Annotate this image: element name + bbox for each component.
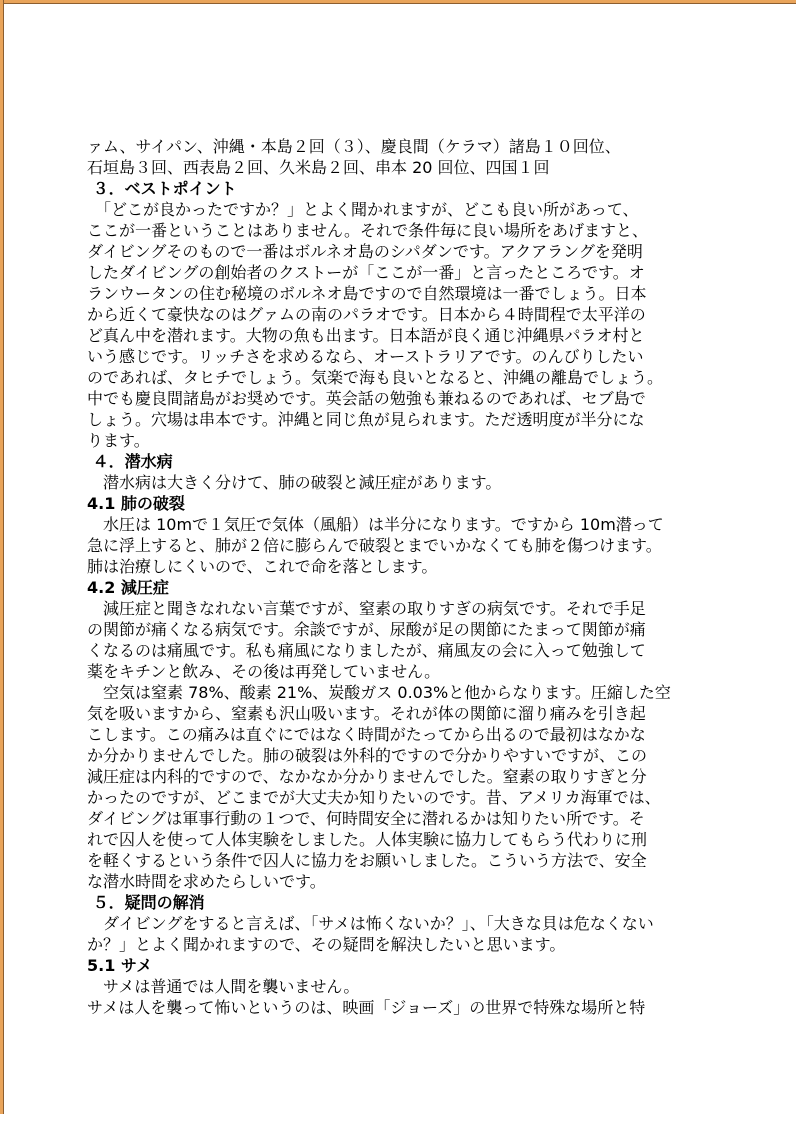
text-line: か？」とよく聞かれますので、その疑問を解決したいと思います。 [87, 934, 737, 955]
text-line: 減圧症と聞きなれない言葉ですが、窒素の取りすぎの病気です。それで手足 [87, 598, 737, 619]
text-line: 急に浮上すると、肺が２倍に膨らんで破裂とまでいかなくても肺を傷つけます。 [87, 535, 737, 556]
text-line: サメは普通では人間を襲いません。 [87, 976, 737, 997]
text-line: ダイビングをすると言えば、「サメは怖くないか？」、「大きな貝は危なくない [87, 913, 737, 934]
section-heading: 5.1 サメ [87, 955, 737, 976]
text-line: ダイビングは軍事行動の１つで、何時間安全に潜れるかは知りたい所です。そ [87, 808, 737, 829]
text-line: かったのですが、どこまでが大丈夫か知りたいのです。昔、アメリカ海軍では、 [87, 787, 737, 808]
text-line: な潜水時間を求めたらしいです。 [87, 871, 737, 892]
text-line: いう感じです。リッチさを求めるなら、オーストラリアです。のんびりしたい [87, 346, 737, 367]
section-heading: ３．ベストポイント [87, 178, 737, 199]
text-line: 気を吸いますから、窒素も沢山吸います。それが体の関節に溜り痛みを引き起 [87, 703, 737, 724]
text-line: ここが一番ということはありません。それで条件毎に良い場所をあげますと、 [87, 220, 737, 241]
text-line: れで囚人を使って人体実験をしました。人体実験に協力してもらう代わりに刑 [87, 829, 737, 850]
text-line: サメは人を襲って怖いというのは、映画「ジョーズ」の世界で特殊な場所と特 [87, 997, 737, 1018]
text-line: ダイビングそのもので一番はボルネオ島のシパダンです。アクアラングを発明 [87, 241, 737, 262]
text-line: しょう。穴場は串本です。沖縄と同じ魚が見られます。ただ透明度が半分にな [87, 409, 737, 430]
text-line: か分かりませんでした。肺の破裂は外科的ですので分かりやすいですが、この [87, 745, 737, 766]
document-content: ァム、サイパン、沖縄・本島２回（３）、慶良間（ケラマ）諸島１０回位、石垣島３回、… [87, 136, 737, 1018]
text-line: を軽くするという条件で囚人に協力をお願いしました。こういう方法で、安全 [87, 850, 737, 871]
text-line: の関節が痛くなる病気です。余談ですが、尿酸が足の関節にたまって関節が痛 [87, 619, 737, 640]
section-heading: ５．疑問の解消 [87, 892, 737, 913]
text-line: ランウータンの住む秘境のボルネオ島ですので自然環境は一番でしょう。日本 [87, 283, 737, 304]
page-border-top [0, 0, 796, 4]
text-line: 中でも慶良間諸島がお奨めです。英会話の勉強も兼ねるのであれば、セブ島で [87, 388, 737, 409]
text-line: から近くて豪快なのはグァムの南のパラオです。日本から４時間程で太平洋の [87, 304, 737, 325]
text-line: くなるのは痛風です。私も痛風になりましたが、痛風友の会に入って勉強して [87, 640, 737, 661]
text-line: 空気は窒素 78%、酸素 21%、炭酸ガス 0.03%と他からなります。圧縮した… [87, 682, 737, 703]
document-page: ァム、サイパン、沖縄・本島２回（３）、慶良間（ケラマ）諸島１０回位、石垣島３回、… [0, 0, 796, 1125]
text-line: 肺は治療しにくいので、これで命を落とします。 [87, 556, 737, 577]
text-line: したダイビングの創始者のクストーが「ここが一番」と言ったところです。オ [87, 262, 737, 283]
page-border-left [0, 0, 4, 1114]
text-line: 潜水病は大きく分けて、肺の破裂と減圧症があります。 [87, 472, 737, 493]
text-line: 「どこが良かったですか？」とよく聞かれますが、どこも良い所があって、 [87, 199, 737, 220]
section-heading: 4.1 肺の破裂 [87, 493, 737, 514]
section-heading: ４．潜水病 [87, 451, 737, 472]
text-line: こします。この痛みは直ぐにではなく時間がたってから出るので最初はなかな [87, 724, 737, 745]
text-line: 薬をキチンと飲み、その後は再発していません。 [87, 661, 737, 682]
text-line: ァム、サイパン、沖縄・本島２回（３）、慶良間（ケラマ）諸島１０回位、 [87, 136, 737, 157]
text-line: 減圧症は内科的ですので、なかなか分かりませんでした。窒素の取りすぎと分 [87, 766, 737, 787]
text-line: ります。 [87, 430, 737, 451]
text-line: 水圧は 10mで１気圧で気体（風船）は半分になります。ですから 10m潜って [87, 514, 737, 535]
text-line: ど真ん中を潜れます。大物の魚も出ます。日本語が良く通じ沖縄県パラオ村と [87, 325, 737, 346]
text-line: 石垣島３回、西表島２回、久米島２回、串本 20 回位、四国１回 [87, 157, 737, 178]
text-line: のであれば、タヒチでしょう。気楽で海も良いとなると、沖縄の離島でしょう。 [87, 367, 737, 388]
section-heading: 4.2 減圧症 [87, 577, 737, 598]
